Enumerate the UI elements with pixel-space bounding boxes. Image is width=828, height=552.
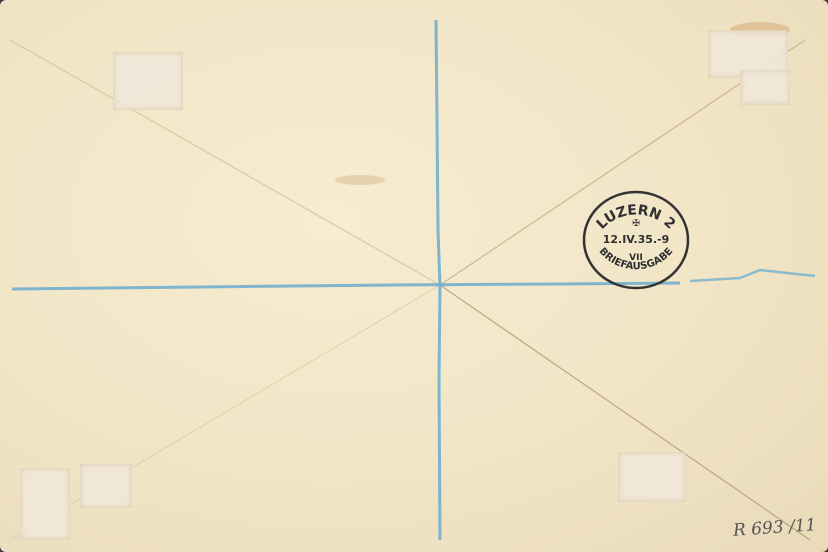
postmark-code: VII [629,253,643,263]
swiss-cross-icon: ✠ [632,219,640,229]
tape-residue [80,464,132,508]
tape-residue [20,468,70,540]
tape-residue [740,70,790,105]
tape-residue [618,452,686,502]
postmark-date: 12.IV.35.-9 [603,233,670,246]
postmark: LUZERN 2 BRIEFAUSGABE 12.IV.35.-9 VII ✠ [580,188,692,292]
tape-residue [113,52,183,110]
